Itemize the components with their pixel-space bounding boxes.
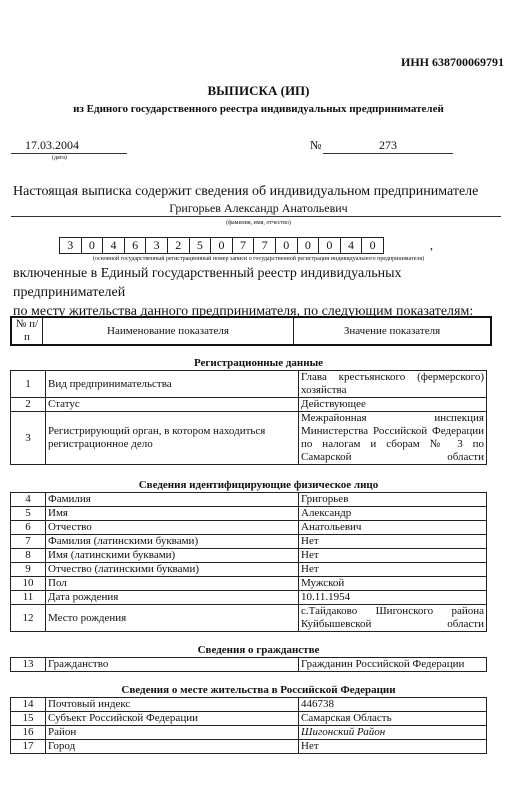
row-number: 9: [11, 563, 46, 577]
inn-number: ИНН 638700069791: [401, 55, 504, 70]
table-row: 17ГородНет: [11, 740, 487, 754]
table-row: 5ИмяАлександр: [11, 507, 487, 521]
document-title: ВЫПИСКА (ИП): [0, 83, 517, 99]
ogrn-boxes: 304632507700040: [59, 237, 384, 254]
row-value: Нет: [299, 535, 487, 549]
section-title: Сведения о месте жительства в Российской…: [0, 684, 517, 696]
table-row: 6ОтчествоАнатольевич: [11, 521, 487, 535]
row-number: 13: [11, 658, 46, 672]
number-sign: №: [310, 138, 321, 153]
row-value: Нет: [299, 740, 487, 754]
row-value: Анатольевич: [299, 521, 487, 535]
row-name: Пол: [46, 577, 299, 591]
table-row: 13ГражданствоГражданин Российской Федера…: [11, 658, 487, 672]
row-value: Шигонский Район: [299, 726, 487, 740]
row-value: Самарская Область: [299, 712, 487, 726]
row-name: Почтовый индекс: [46, 698, 299, 712]
table-row: 14Почтовый индекс446738: [11, 698, 487, 712]
section-table: 14Почтовый индекс44673815Субъект Российс…: [10, 697, 487, 754]
row-number: 7: [11, 535, 46, 549]
ogrn-digit: 6: [125, 238, 147, 253]
row-name: Район: [46, 726, 299, 740]
table-row: 11Дата рождения10.11.1954: [11, 591, 487, 605]
table-row: 3Регистрирующий орган, в котором находит…: [11, 412, 487, 465]
row-name: Отчество (латинскими буквами): [46, 563, 299, 577]
row-value: Григорьев: [299, 493, 487, 507]
row-number: 1: [11, 371, 46, 398]
section-table: 1Вид предпринимательстваГлава крестьянск…: [10, 370, 487, 465]
row-value: Действующее: [299, 398, 487, 412]
ogrn-digit: 2: [168, 238, 190, 253]
ogrn-digit: 0: [298, 238, 320, 253]
row-number: 10: [11, 577, 46, 591]
row-name: Отчество: [46, 521, 299, 535]
row-name: Вид предпринимательства: [46, 371, 299, 398]
table-row: 8Имя (латинскими буквами)Нет: [11, 549, 487, 563]
row-name: Фамилия: [46, 493, 299, 507]
row-number: 12: [11, 605, 46, 632]
row-number: 3: [11, 412, 46, 465]
ogrn-digit: 4: [103, 238, 125, 253]
row-value: Мужской: [299, 577, 487, 591]
ogrn-digit: 0: [276, 238, 298, 253]
header-name: Наименование показателя: [43, 317, 294, 345]
table-header: № п/п Наименование показателя Значение п…: [10, 316, 492, 346]
section-title: Сведения идентифицирующие физическое лиц…: [0, 479, 517, 491]
table-row: 1Вид предпринимательстваГлава крестьянск…: [11, 371, 487, 398]
included-line-1: включенные в Единый государственный реес…: [13, 264, 517, 302]
section-table: 13ГражданствоГражданин Российской Федера…: [10, 657, 487, 672]
row-number: 2: [11, 398, 46, 412]
row-number: 15: [11, 712, 46, 726]
table-row: 12Место рожденияс.Тайдаково Шигонского р…: [11, 605, 487, 632]
row-number: 11: [11, 591, 46, 605]
issue-date: 17.03.2004: [11, 138, 127, 154]
table-row: 15Субъект Российской ФедерацииСамарская …: [11, 712, 487, 726]
ogrn-digit: 0: [362, 238, 383, 253]
ogrn-digit: 0: [82, 238, 104, 253]
section-title: Сведения о гражданстве: [0, 644, 517, 656]
ogrn-comma: ,: [430, 238, 433, 253]
row-number: 5: [11, 507, 46, 521]
row-number: 6: [11, 521, 46, 535]
row-value: 446738: [299, 698, 487, 712]
fio-underline: [11, 216, 501, 217]
included-text: включенные в Единый государственный реес…: [13, 264, 517, 321]
row-name: Имя (латинскими буквами): [46, 549, 299, 563]
row-number: 14: [11, 698, 46, 712]
row-value: Нет: [299, 563, 487, 577]
table-row: 16РайонШигонский Район: [11, 726, 487, 740]
entrepreneur-fio: Григорьев Александр Анатольевич: [0, 201, 517, 216]
row-name: Место рождения: [46, 605, 299, 632]
ogrn-digit: 5: [190, 238, 212, 253]
row-value: Межрайонная инспекция Министерства Росси…: [299, 412, 487, 465]
row-number: 4: [11, 493, 46, 507]
date-label: (дата): [52, 155, 67, 161]
ogrn-digit: 4: [341, 238, 363, 253]
row-value: 10.11.1954: [299, 591, 487, 605]
table-row: 7Фамилия (латинскими буквами)Нет: [11, 535, 487, 549]
row-name: Статус: [46, 398, 299, 412]
row-name: Фамилия (латинскими буквами): [46, 535, 299, 549]
fio-label: (фамилия, имя, отчество): [0, 220, 517, 226]
ogrn-digit: 7: [254, 238, 276, 253]
ogrn-digit: 7: [233, 238, 255, 253]
table-row: 9Отчество (латинскими буквами)Нет: [11, 563, 487, 577]
row-number: 8: [11, 549, 46, 563]
row-name: Субъект Российской Федерации: [46, 712, 299, 726]
table-row: 2СтатусДействующее: [11, 398, 487, 412]
row-name: Имя: [46, 507, 299, 521]
ogrn-digit: 0: [319, 238, 341, 253]
row-name: Гражданство: [46, 658, 299, 672]
section-title: Регистрационные данные: [0, 357, 517, 369]
row-value: с.Тайдаково Шигонского района Куйбышевск…: [299, 605, 487, 632]
ogrn-digit: 3: [146, 238, 168, 253]
row-value: Александр: [299, 507, 487, 521]
table-row: 10ПолМужской: [11, 577, 487, 591]
ogrn-digit: 3: [60, 238, 82, 253]
row-number: 16: [11, 726, 46, 740]
ogrn-digit: 0: [211, 238, 233, 253]
row-value: Нет: [299, 549, 487, 563]
row-number: 17: [11, 740, 46, 754]
section-table: 4ФамилияГригорьев5ИмяАлександр6ОтчествоА…: [10, 492, 487, 632]
document-subtitle: из Единого государственного реестра инди…: [0, 103, 517, 115]
row-value: Гражданин Российской Федерации: [299, 658, 487, 672]
row-name: Город: [46, 740, 299, 754]
row-name: Дата рождения: [46, 591, 299, 605]
header-num: № п/п: [11, 317, 43, 345]
row-value: Глава крестьянского (фермерского) хозяйс…: [299, 371, 487, 398]
ogrn-label: (основной государственный регистрационны…: [0, 256, 517, 262]
document-number: 273: [323, 138, 453, 154]
intro-text: Настоящая выписка содержит сведения об и…: [13, 184, 478, 200]
row-name: Регистрирующий орган, в котором находить…: [46, 412, 299, 465]
header-value: Значение показателя: [294, 317, 492, 345]
table-row: 4ФамилияГригорьев: [11, 493, 487, 507]
